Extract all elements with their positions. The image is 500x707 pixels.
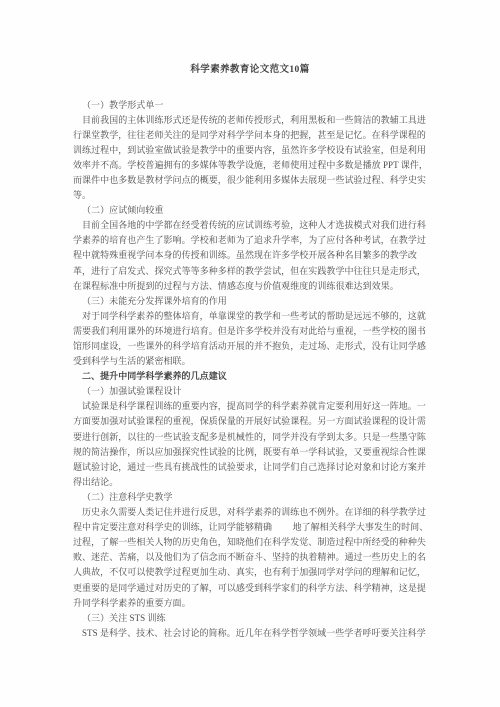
- text-line: 得出结论。: [73, 475, 429, 490]
- text-line: （三）关注 STS 训练: [73, 611, 429, 626]
- text-line: 要进行创新，以往的一些试验支配多是机械性的，同学并没有学到太多。只是一些墨守陈: [73, 430, 429, 445]
- text-line: 程中就特殊重视学问本身的传授和训练。虽然现在许多学校开展各种名目繁多的教学改: [73, 248, 429, 263]
- text-line: 二、提升中同学科学素养的几点建议: [73, 369, 429, 384]
- text-line: 革，进行了启发式、探究式等等多种多样的教学尝试，但在实践教学中往往只是走形式，: [73, 264, 429, 279]
- text-line: 受到科学与生活的紧密相联。: [73, 354, 429, 369]
- text-line: 题试验讨论，通过一些具有挑战性的试验要求，让同学们自己选择讨论对象和讨论方案并: [73, 460, 429, 475]
- text-line: （三）未能充分发挥课外培育的作用: [73, 294, 429, 309]
- text-line: 人典故，不仅可以使教学过程更加生动、真实，也有利于加强同学对学问的理解和记忆，: [73, 565, 429, 580]
- text-line: 历史永久需要人类记住并进行反思，对科学素养的训练也不例外。在详细的科学教学过: [73, 505, 429, 520]
- text-line: 等。: [73, 188, 429, 203]
- text-line: （一）教学形式单一: [73, 98, 429, 113]
- document-page: 科学素养教育论文范文10篇 （一）教学形式单一目前我国的主体训练形式还是传统的老…: [0, 0, 500, 707]
- text-line: 效率并不高。学校普遍拥有的多媒体等教学设施，老师使用过程中多数是播放 PPT 课…: [73, 158, 429, 173]
- text-line: 败、迷茫、苦痛，以及他们为了信念而不断奋斗、坚持的执着精神。通过一些历史上的名: [73, 550, 429, 565]
- text-line: 在课程标准中所提到的过程与方法、情感态度与价值观维度的训练很难达到效果。: [73, 279, 429, 294]
- document-title: 科学素养教育论文范文10篇: [0, 61, 500, 75]
- text-line: （一）加强试验课程设计: [73, 384, 429, 399]
- document-body: （一）教学形式单一目前我国的主体训练形式还是传统的老师传授形式，利用黑板和一些简…: [73, 98, 429, 641]
- text-line: 试验课是科学课程训练的重要内容，提高同学的科学素养就肯定要利用好这一阵地。一: [73, 399, 429, 414]
- text-line: 学素养的培育也产生了影响。学校和老师为了追求升学率，为了应付各种考试，在教学过: [73, 233, 429, 248]
- text-line: 对于同学科学素养的整体培育，单靠课堂的教学和一些考试的帮助是远远不够的，这就: [73, 309, 429, 324]
- text-line: （二）注意科学史教学: [73, 490, 429, 505]
- text-line: 行课堂教学，往往老师关注的是同学对科学学问本身的把握，甚至是记忆。在科学课程的: [73, 128, 429, 143]
- text-line: 目前我国的主体训练形式还是传统的老师传授形式，利用黑板和一些简洁的教辅工具进: [73, 113, 429, 128]
- text-line: 升同学科学素养的重要方面。: [73, 596, 429, 611]
- text-line: 方面要加强对试验课程的重视，保质保量的开展好试验课程。另一方面试验课程的设计需: [73, 414, 429, 429]
- text-line: 馆形同虚设，一些课外的科学培育活动开展的并不抱负，走过场、走形式，没有让同学感: [73, 339, 429, 354]
- text-line: STS 是科学、技术、社会讨论的简称。近几年在科学哲学领域一些学者呼吁要关注科学: [73, 626, 429, 641]
- text-line: 训练过程中，到试验室做试验是教学中的重要内容，虽然许多学校设有试验室，但是利用: [73, 143, 429, 158]
- text-line: 规的简洁操作，所以应加强探究性试验的比例，既要有单一学科试验，又要重视综合性课: [73, 445, 429, 460]
- text-line: 过程，了解一些相关人物的历史角色，知晓他们在科学发觉、制造过程中所经受的种种失: [73, 535, 429, 550]
- text-line: 需要我们利用课外的环境进行培育。但是许多学校并没有对此给与重视，一些学校的图书: [73, 324, 429, 339]
- text-line: 而课件中也多数是教材学问点的概要，很少能利用多媒体去展现一些试验过程、科学史实: [73, 173, 429, 188]
- text-line: （二）应试倾向较重: [73, 203, 429, 218]
- text-line: 程中肯定要注意对科学史的训练，让同学能够精确 地了解相关科学大事发生的时间、: [73, 520, 429, 535]
- text-line: 目前全国各地的中学都在经受着传统的应试训练考验，这种人才选拔模式对我们进行科: [73, 218, 429, 233]
- text-line: 更重要的是同学通过对历史的了解，可以感受到科学家们的科学方法、科学精神，这是提: [73, 581, 429, 596]
